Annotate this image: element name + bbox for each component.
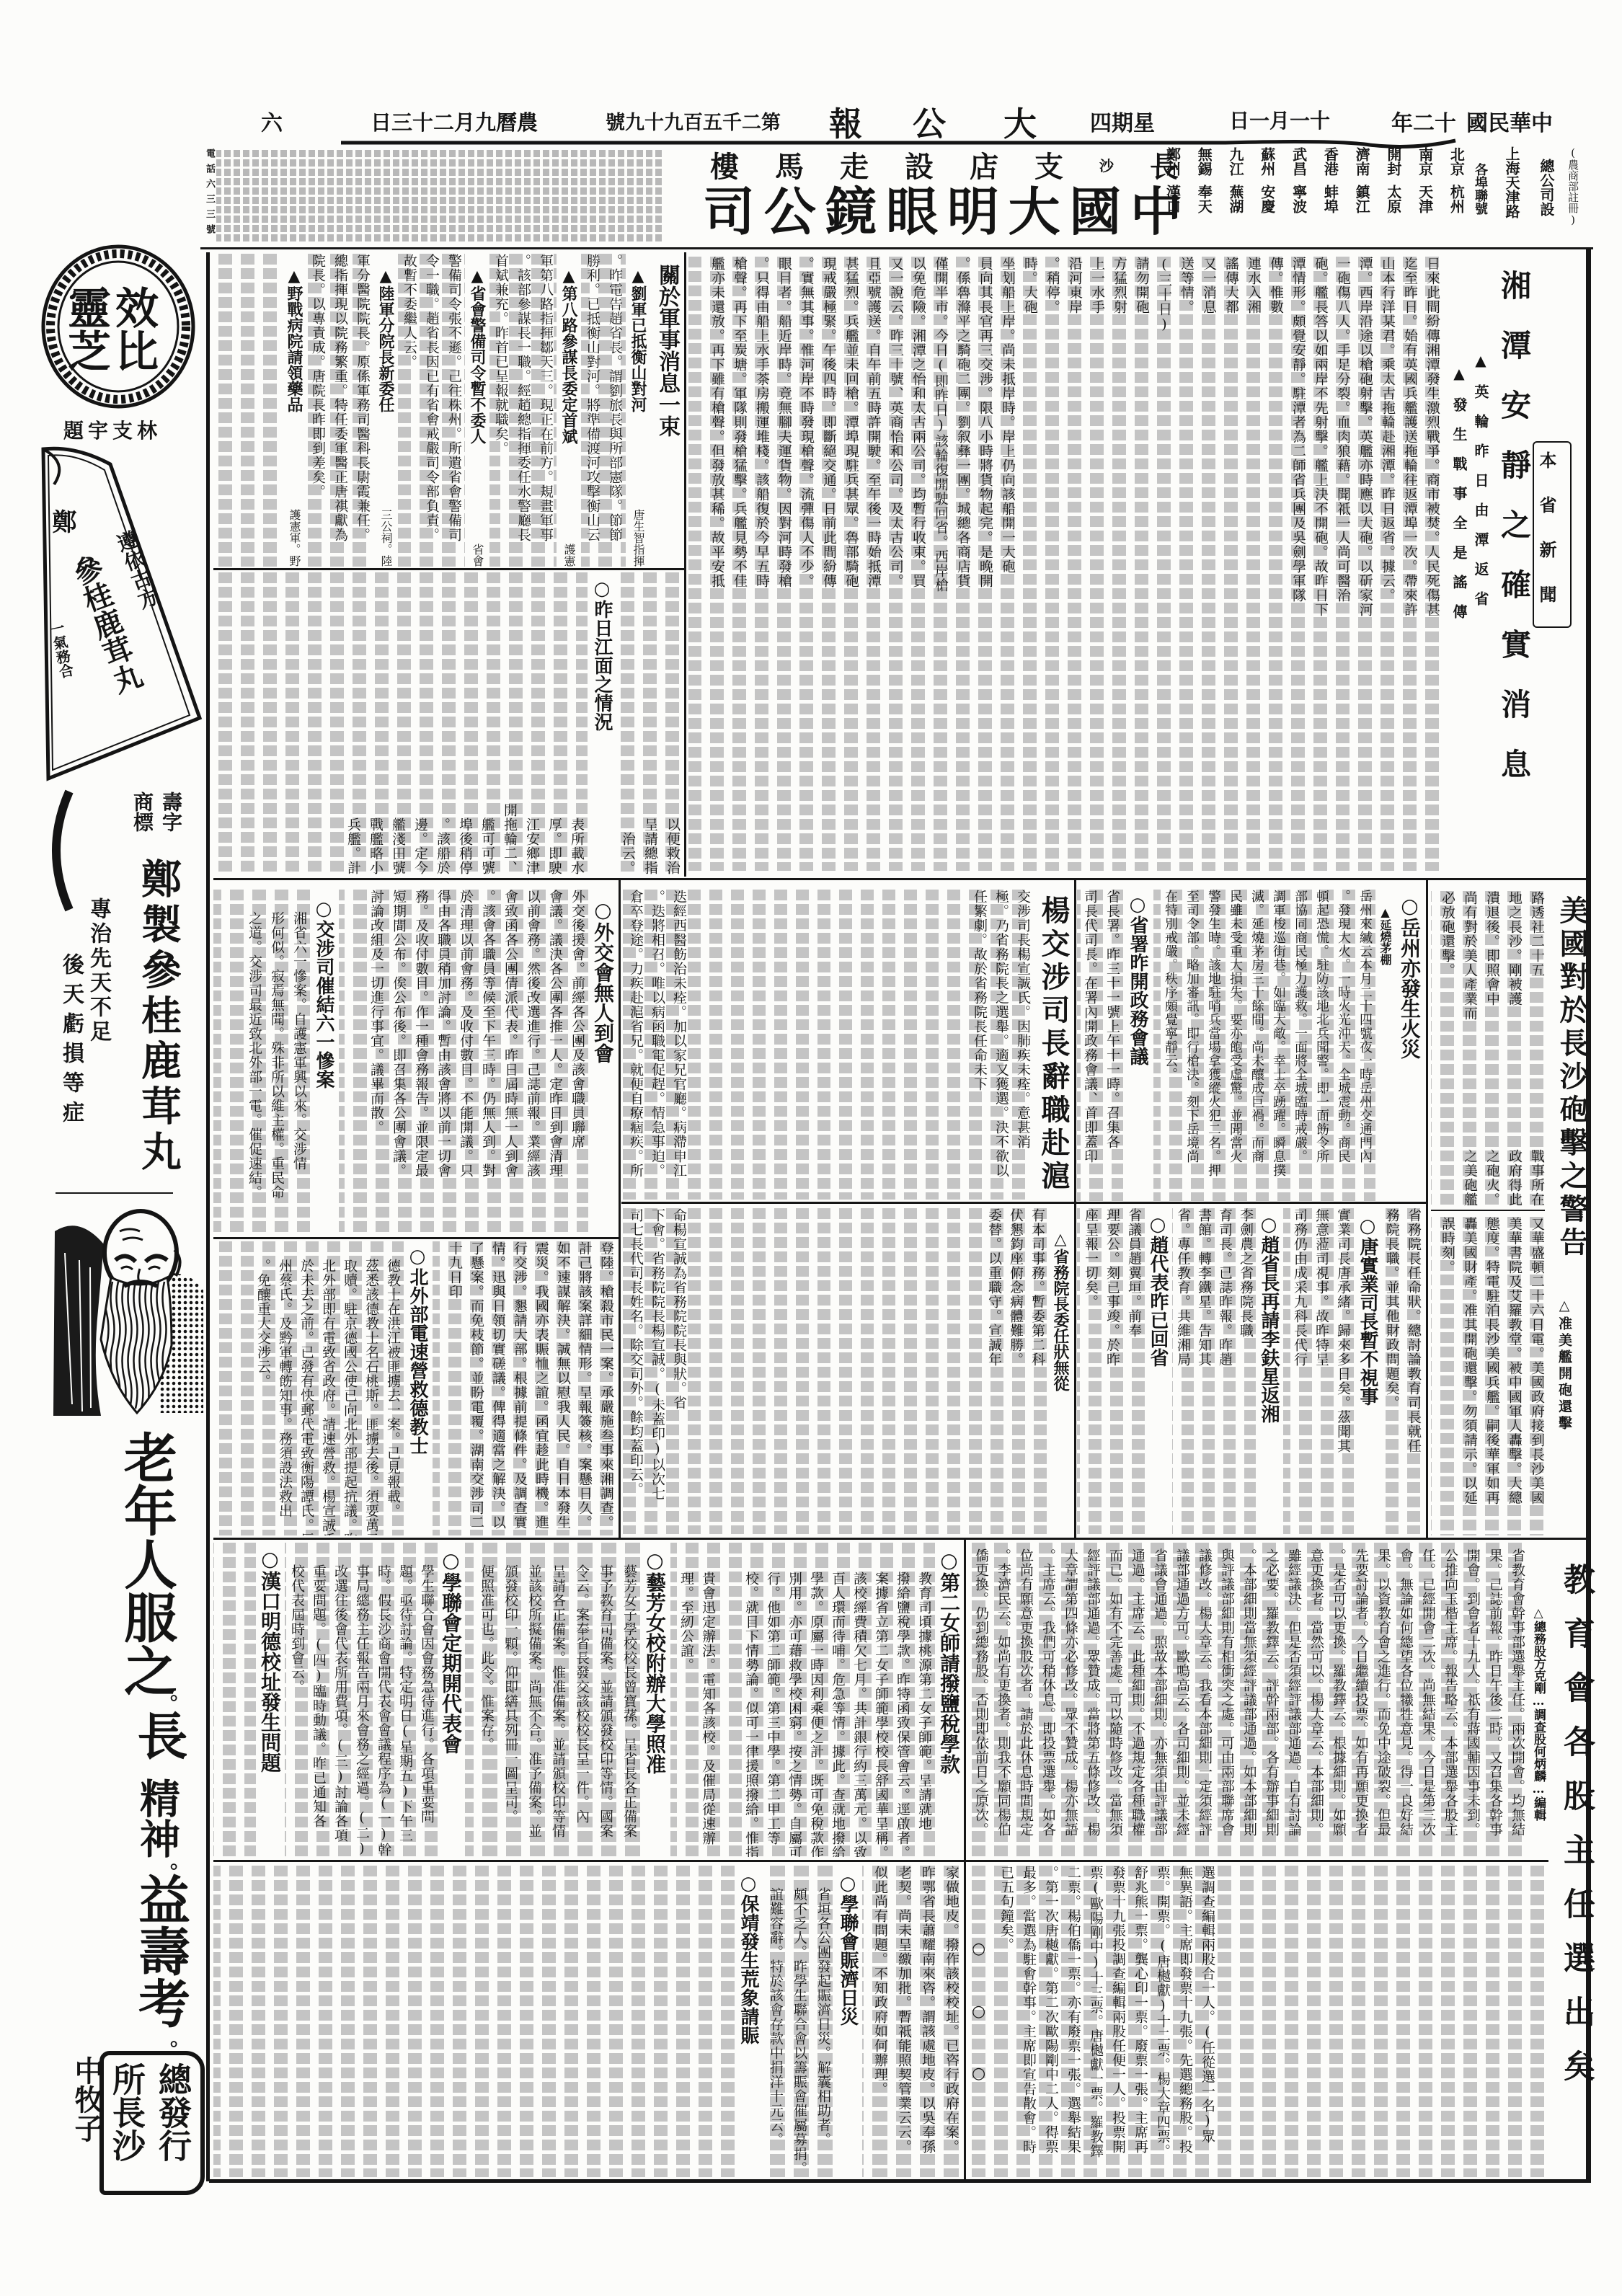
gov-meeting-article: ○省署昨開政務會議 省長署。昨三十一號上午十一時。召集各 司長代司長。在署內開政… (1077, 890, 1152, 1201)
education-headline: 教育會各股主任選出矣 (1553, 1563, 1599, 2104)
ad-name-char: 鏡 (825, 170, 877, 245)
distributor-col: 所長沙 (104, 2062, 150, 2162)
xiangtan-subhead: ▲英輪昨日由潭返省 (1471, 352, 1492, 621)
ornament-arc (42, 789, 74, 913)
masthead-date: 十一月一日 (1229, 105, 1330, 134)
masthead-issue: 第二千五百九十九號 (606, 107, 781, 135)
rule (1431, 1210, 1545, 1211)
branch-column: 開封太原 (1384, 147, 1403, 213)
branch-city: 天津 (1415, 185, 1436, 213)
tagline-stop: 。 (170, 1677, 190, 1706)
japan-relief-headline: ○學聯會賑濟日災 (835, 1866, 861, 2177)
pill-box-maker: 鄭 (45, 509, 80, 533)
separator-circle: ○ (972, 2064, 985, 2083)
military-subhead: ▲野戰病院請領藥品護憲軍。野 (282, 254, 306, 567)
girls-normal-body: 教育司頃據桃源第二女子師範。呈請就地 撥給鹽稅學款。昨特函致保管會云。逕啟者。 … (675, 1543, 935, 1857)
trademark-label: 壽字 (159, 792, 183, 832)
branch-city: 安慶 (1257, 185, 1278, 213)
rule (213, 568, 686, 570)
xiangtan-body: 日來此間紛傳湘潭發生激烈戰爭。商市被焚。人民死傷甚 迄至昨日。始有英國兵艦護送拖… (706, 257, 1443, 871)
japan-relief-article: ○學聯會賑濟日災 省垣各公團發起賑濟日災。解囊相助者。 頗不乏人。昨學生聯合會以… (763, 1866, 861, 2177)
june1-body: 湘省六一慘案。自護憲軍興以來。交涉情 形何似。寂焉無聞。殊非所以維主權。重民命 … (243, 890, 310, 1236)
subhead-text: ▲野戰病院請領藥品 (282, 267, 306, 412)
zhao-rep-headline: ○趙代表昨已回省 (1145, 1208, 1171, 1534)
distributor-box: 總發行 所長沙 (99, 2051, 205, 2195)
branch-city: 蚌埠 (1320, 185, 1341, 213)
yang-resign-article: 楊交涉司長辭職赴滬 交涉司長楊宣誠氏。因肺疾未痊。意甚消 極。乃省務院長之選舉。… (621, 890, 1073, 1200)
education-article: △總務股方克剛…調查股何炳麟…編輯 省教育會幹事部選舉主任。兩次開會。均無結 果… (966, 1543, 1548, 1857)
rule-band-f (213, 1860, 1548, 1862)
military-item-body: 軍第八路指揮鄒天三。現正在前方。規畫軍事 。該部參謀長一職。經趙總指揮委任水警廳… (489, 254, 557, 567)
lingzhi-title-col: 靈芝 (62, 285, 110, 372)
tang-industry-article: 省務院長任命狀。總討論教育司長就任 務院長職。並其他財政問題矣。 ○唐實業司長暫… (1283, 1208, 1424, 1534)
column-divider (619, 879, 621, 1539)
branch-city: 鄭州 (1163, 147, 1184, 176)
lingzhi-inscription: 林支宇題 (63, 415, 161, 444)
separator-circle: ○ (972, 1939, 985, 1958)
subhead-tail: 唐生智指揮 (626, 509, 650, 567)
column-divider (1426, 879, 1428, 1539)
military-item-body: 。昨電告趙省長。謂劉旅長與所部憲隊。節節 勝利。已抵衡山對河。將準備渡河攻擊衡山… (581, 254, 626, 567)
foreign-assoc-article: ○外交會無人到會 外交後援會。前經各公團及該會職員聯席 會議。議決各公團各推一人… (339, 890, 617, 1236)
ad-rule (56, 1192, 173, 1194)
lingzhi-title: 效比 靈芝 (62, 285, 157, 372)
tang-body: 實業司長唐承緒。歸來多日矣。茲聞其 無意蒞司視事。故昨特呈 司務仍由成采九科長代… (1289, 1208, 1354, 1534)
yifang-school-article: ○藝芳女校附辦大學照准 藝芳女子學校校長曾寶蓀。呈省長各正備案 事予教育司備案。… (465, 1543, 668, 1857)
newspaper-page: 中華民國 十二年 十一月一日 星期四 大 公 報 第二千五百九十九號 農曆九月二… (0, 0, 1622, 2296)
ad-hq-address: 上海天津路 (1502, 146, 1523, 218)
girls-normal-headline: ○第二女師請撥鹽稅學款 (935, 1543, 962, 1857)
military-item-body: 軍分醫院院長。原係軍務司醫科長尉霞兼任。 總指揮現以院務繁重。特任委軍醫正唐祺獻… (306, 254, 373, 567)
branch-city: 武昌 (1289, 147, 1310, 176)
gov-meeting-body: 省長署。昨三十一號上午十一時。召集各 司長代司長。在署內開政務會議、首即蓋印 (1078, 890, 1123, 1201)
education-article-continued: 選調查編輯兩股合一人。(任從選一名)眾 無異語。主席即發票十九張。先選總務股。投… (966, 1866, 1548, 2177)
military-subhead: ▲第八路參謀長委定首斌護憲 (557, 254, 581, 567)
river-situation-article: 以便救治 呈請總指 治云。 ○昨日江面之情況 表所載水 厚。即駛 江安鄉津 開拖… (213, 572, 683, 875)
branch-city: 杭州 (1446, 185, 1467, 213)
rule-top-band (200, 247, 1593, 249)
hankou-headline: ○漢口明德校址發生問題 (256, 1543, 283, 1857)
section-label-box: 本省新聞 (1533, 441, 1572, 628)
zhao-rep-body: 省議員趙翼垣。前奉 理要公。刻已事竣。於昨 座呈報一切矣。 (1080, 1208, 1145, 1534)
pill-claim: 專治先天不足 (82, 897, 114, 1045)
subhead-tail: 護憲 (557, 544, 581, 567)
subhead-tail: 護憲軍。野 (282, 509, 306, 567)
masthead-year: 十二年 (1391, 105, 1456, 137)
subhead-text: ▲省會警備司令暫不委人 (465, 267, 489, 444)
column-divider (1074, 879, 1076, 1539)
subhead-tail: 三公祠。陸 (373, 509, 398, 567)
us-warning-reuters: 路透社二十五 地之長沙。剛被護 潰退後。即照會中 尚有對於美人產業而 必放砲還擊… (1431, 891, 1548, 1207)
branch-column: 香港蚌埠 (1321, 147, 1340, 213)
hankou-body-continued: 家做地皮。撥作該校校址。已咨行政府在案。 昨鄂省長蕭耀南來咨。謂該處地皮。以吳奉… (868, 1866, 963, 2177)
ad-name-char: 國 (1069, 170, 1121, 245)
notice-block-small-print (216, 150, 663, 244)
tagline-stop: 。 (170, 2023, 190, 2052)
pill-tagline: 老年人服之 (108, 1430, 185, 1697)
yifang-headline: ○藝芳女校附辦大學照准 (641, 1543, 668, 1857)
branch-city: 九江 (1226, 147, 1246, 176)
june1-headline: ○交涉司催結六一慘案 (310, 890, 337, 1236)
masthead-lunar-date: 農曆九月二十三日 (371, 107, 538, 136)
german-missionary-body: 德教士在洪江被匪擄去一案。己見報載。 茲悉該德教士名石桃斯。匪擄去後。須要萬元 … (252, 1241, 404, 1535)
student-meeting-article: ○學聯會定期開代表會 學生聯合會因會務急待進行。各項重要問 題。亟待討論。特定明… (285, 1543, 464, 1857)
branch-city: 寧波 (1289, 185, 1310, 213)
branch-column: 無錫奉天 (1195, 147, 1214, 213)
hankou-school-article: ○漢口明德校址發生問題 (213, 1543, 283, 1857)
branch-city: 太原 (1383, 185, 1404, 213)
separator-circle: ○ (972, 2002, 985, 2021)
us-warning-headline: 美國對於長沙砲擊之警告 (1551, 895, 1592, 1260)
trademark-label: 商標 (130, 792, 154, 832)
column-divider (964, 1538, 966, 2179)
appointment-subhead: △省務院長委任狀無從 (1048, 1208, 1073, 1534)
military-subhead: ▲省會警備司令暫不委人省會 (465, 254, 489, 567)
column-divider (684, 252, 686, 877)
ad-network-label: 各埠聯號 (1471, 163, 1489, 215)
yifang-body: 藝芳女子學校校長曾寶蓀。呈省長各正備案 事予教育司備案。並請頒發校印等情。國案 … (474, 1543, 641, 1857)
gov-meeting-headline: ○省署昨開政務會議 (1123, 890, 1152, 1201)
xiangtan-headline: 湘潭安靜之確實消息 (1492, 270, 1535, 808)
us-warning-body-end: 戰事所在 政府得此 之砲火。 之美砲艦 (1431, 891, 1548, 1207)
baojing-headline: ○保靖發生荒象請賑 (735, 1866, 761, 2177)
ad-name-char: 眼 (886, 170, 938, 245)
subhead-text: ▲劉軍已抵衡山對河 (626, 267, 650, 412)
branch-city: 開封 (1383, 147, 1404, 176)
foreign-assoc-headline: ○外交會無人到會 (588, 890, 617, 1236)
education-subhead: △總務股方克剛…調查股何炳麟…編輯 (1528, 1543, 1548, 1857)
military-subhead: ▲陸軍分院長新委任三公祠。陸 (373, 254, 398, 567)
pill-tagline: 長 (123, 1710, 195, 1760)
pill-claim: 後天虧損等症 (55, 953, 87, 1130)
branch-city: 南京 (1415, 147, 1436, 176)
yuezhou-headline: ○岳州亦發生火災 (1394, 890, 1424, 1201)
masthead-roc: 中華民國 (1466, 105, 1553, 137)
branch-column: 武昌寧波 (1290, 147, 1308, 213)
yang-headline: 楊交涉司長辭職赴滬 (1034, 890, 1073, 1200)
appointment-article: △省務院長委任狀無從 有本司事務。暫委第二科 伏懇鈞座俯念病體難勝。 委替。以重… (621, 1208, 1073, 1534)
yuezhou-body: 岳州來緘云本月二十四號夜一時岳州交通門內 。發現大火。一時火光沖天。全城震動。商… (1159, 890, 1375, 1201)
rule (621, 1202, 1426, 1204)
yuezhou-fire-article: ○岳州亦發生火災 ▲延燒茅棚 岳州來緘云本月二十四號夜一時岳州交通門內 。發現大… (1153, 890, 1424, 1201)
student-meeting-headline: ○學聯會定期開代表會 (438, 1543, 464, 1857)
ad-hq-label: 總公司設 (1536, 159, 1557, 216)
river-body: 表所載水 厚。即駛 江安鄉津 開拖輪二、 艦可可號 埠後稍停 。該船於 邊。定今… (342, 572, 588, 875)
distributor-col: 總發行 (150, 2062, 196, 2162)
zhao-invite-article: ○趙省長再請李鈇星返湘 李劍農之省務院長職 育司長。已誌昨報。昨趙 書館。轉李鐵… (1172, 1208, 1282, 1534)
branch-city: 鎮江 (1352, 185, 1373, 213)
us-warning-body2: 又華盛頓二十六日電。美國政府接到長沙美國 美華書院及艾羅教堂。被中國軍人轟擊。大… (1436, 1217, 1548, 1535)
zhao-invite-headline: ○趙省長再請李鈇星返湘 (1256, 1208, 1282, 1534)
branch-city: 濟南 (1352, 147, 1373, 176)
branch-city: 北京 (1446, 147, 1467, 176)
distributor-text: 總發行 所長沙 (104, 2055, 196, 2162)
notice-phone: 電話六三三號 (203, 149, 216, 239)
distributor-name: 中牧子 (66, 2056, 107, 2142)
june1-body-continued: 登陸。槍殺市民一案。承嚴施叁事來湘調查。 計己將該案詳細情形。呈報簽核。案懸日久… (444, 1241, 617, 1535)
german-missionary-headline: ○北外部電速營救德教士 (404, 1241, 431, 1535)
subhead-text: ▲第八路參謀長委定首斌 (557, 267, 581, 444)
military-headline: 關於軍事消息一束 (650, 254, 683, 567)
branch-city: 蘇州 (1257, 147, 1278, 176)
xiangtan-subhead: ▲發生戰事全是謠傳 (1449, 365, 1470, 634)
branch-city: 奉天 (1194, 185, 1215, 213)
field-hospital-body-continued: 以便救治 呈請總指 治云。 (616, 572, 683, 875)
military-news-article: 關於軍事消息一束 ▲劉軍已抵衡山對河唐生智指揮 。昨電告趙省長。謂劉旅長與所部憲… (213, 254, 683, 567)
yang-body: 交涉司長楊宣誠氏。因肺疾未痊。意甚消 極。乃省務院長之選舉。適又獲選。決不欲以 … (969, 890, 1034, 1200)
section-label: 本省新聞 (1534, 443, 1568, 630)
girls-normal-article: ○第二女師請撥鹽稅學款 教育司頃據桃源第二女子師範。呈請就地 撥給鹽稅學款。昨特… (670, 1543, 962, 1857)
branch-column: 蘇州安慶 (1258, 147, 1277, 213)
rule-band-d (213, 878, 1590, 880)
education-body-end: 選調查編輯兩股合一人。(任從選一名)眾 無異語。主席即發票十九張。先選總務股。投… (988, 1866, 1218, 2177)
pill-tagline: 益壽考 (123, 1873, 198, 2029)
german-missionary-article: ○北外部電速營救德教士 德教士在洪江被匪擄去一案。己見報載。 茲悉該德教士名石桃… (213, 1241, 431, 1535)
military-item-body: 警備司令張不遜。己往株州。所遺省會警備司 令一職。趙省長因已有省會戒嚴司令部負責… (398, 254, 465, 567)
subhead-text: ▲陸軍分院長新委任 (373, 267, 398, 412)
xiangtan-article: 日來此間紛傳湘潭發生激烈戰爭。商市被焚。人民死傷甚 迄至昨日。始有英國兵艦護送拖… (688, 257, 1443, 871)
masthead-weekday: 星期四 (1090, 105, 1155, 137)
appointment-body: 有本司事務。暫委第二科 伏懇鈞座俯念病體難勝。 委替。以重職守。宣誠年 (983, 1208, 1048, 1534)
military-subhead: ▲劉軍已抵衡山對河唐生智指揮 (626, 254, 650, 567)
us-warning-subhead: △准美艦開砲還擊 (1555, 1298, 1574, 1432)
tagline-stop: 。 (170, 1845, 190, 1874)
branch-city: 漢口 (1163, 185, 1184, 213)
zhao-invite-body: 李劍農之省務院長職 育司長。已誌昨報。昨趙 書館。轉李鐵星。告知其 省。專任教育… (1172, 1208, 1256, 1534)
june1-case-continued: 登陸。槍殺市民一案。承嚴施叁事來湘調查。 計己將該案詳細情形。呈報簽核。案懸日久… (433, 1241, 617, 1535)
rule (213, 1237, 619, 1239)
elder-illustration (50, 1202, 205, 1419)
branch-city: 無錫 (1194, 147, 1215, 176)
yang-body-end: 迭經西醫飭治未痊。加以家兄官廳。病滯申江 。迭將相召。唯以病函職電促趕。情急事迫… (621, 890, 690, 1200)
gov-meeting-body-continued: 省務院長任命狀。總討論教育司長就任 務院長職。並其他財政問題矣。 (1381, 1208, 1424, 1534)
june1-case-article: ○交涉司催結六一慘案 湘省六一慘案。自護憲軍興以來。交涉情 形何似。寂焉無聞。殊… (213, 890, 337, 1236)
glasses-ad-company-name: 中 國 大 明 眼 鏡 公 司 (703, 175, 1182, 240)
ad-name-char: 司 (703, 170, 755, 245)
branch-column: 濟南鎮江 (1353, 147, 1372, 213)
masthead-page-number: 六 (261, 105, 283, 137)
hankou-school-continued: 家做地皮。撥作該校校址。已咨行政府在案。 昨鄂省長蕭耀南來咨。謂該處地皮。以吳奉… (862, 1866, 963, 2177)
branch-column: 北京杭州 (1448, 147, 1466, 213)
branch-city: 蕪湖 (1226, 185, 1246, 213)
baojing-famine-article: ○保靖發生荒象請賑 (213, 1866, 761, 2177)
yuezhou-subhead: ▲延燒茅棚 (1375, 890, 1394, 1201)
appointment-body-end: 命楊宣誠為省務院院長與狀。省 下會。省務院院長楊宣誠。(未蓋印)以次七 司七長代… (621, 1208, 690, 1534)
subhead-tail: 省會 (465, 544, 489, 567)
pill-box-illustration (40, 441, 209, 787)
river-headline: ○昨日江面之情況 (588, 572, 616, 875)
branch-city: 香港 (1320, 147, 1341, 176)
education-body: 省教育會幹事部選舉主任。兩次開會。均無結 果。己誌前報。昨日午後二時。又召集各幹… (970, 1543, 1528, 1857)
lingzhi-title-col: 效比 (110, 285, 157, 372)
branch-column: 九江蕪湖 (1227, 147, 1246, 213)
zhao-rep-article: ○趙代表昨已回省 省議員趙翼垣。前奉 理要公。刻已事竣。於昨 座呈報一切矣。 (1077, 1208, 1171, 1534)
ad-name-char: 公 (764, 170, 816, 245)
tang-headline: ○唐實業司長暫不視事 (1354, 1208, 1381, 1534)
us-warning-washington: 又華盛頓二十六日電。美國政府接到長沙美國 美華書院及艾羅教堂。被中國軍人轟擊。大… (1431, 1217, 1548, 1535)
japan-relief-body: 省垣各公團發起賑濟日災。解囊相助者。 頗不乏人。昨學生聯合會以籌賑會催屬募捐。 … (763, 1866, 835, 2177)
ad-name-char: 大 (1009, 170, 1060, 245)
rule-band-e (213, 1538, 1590, 1540)
ad-name-char: 明 (947, 170, 999, 245)
branch-column: 南京天津 (1416, 147, 1435, 213)
student-meeting-body: 學生聯合會因會務急待進行。各項重要問 題。亟待討論。特定明日(星期五)下午三 時… (286, 1543, 438, 1857)
pill-product-name: 鄭製參桂鹿茸丸 (130, 858, 187, 1176)
branch-column: 鄭州漢口 (1164, 147, 1182, 213)
foreign-assoc-body: 外交後援會。前經各公團及該會職員聯席 會議。議決各公團各推一人。定昨日到會清理 … (365, 890, 588, 1236)
glasses-ad-branch-list: 北京杭州 南京天津 開封太原 濟南鎮江 香港蚌埠 武昌寧波 蘇州安慶 九江蕪湖 … (1164, 147, 1466, 230)
ad-registration: (農商部註冊) (1566, 146, 1581, 226)
rule-bottom (209, 2179, 1591, 2183)
